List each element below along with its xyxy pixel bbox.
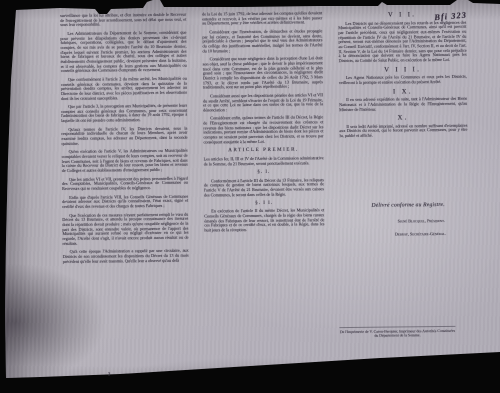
- paragraph: Que par l'article 3, la prorogation aux …: [61, 104, 187, 124]
- section-x-heading: X.: [339, 116, 467, 122]
- paragraph: Il en sera adressé expédition de suite, …: [339, 97, 467, 112]
- section-ix-heading: I X.: [339, 89, 467, 95]
- paragraph: Que conformément à l'article 2 du même a…: [61, 77, 187, 102]
- paragraph: Que l'exécution de ces mesures n'ayant p…: [62, 212, 188, 246]
- section-number: §. I.: [204, 171, 324, 177]
- paragraph: Qu'aux termes de l'article IV, les Distr…: [61, 126, 187, 146]
- paragraph: surveillance que la loi lui attribue, et…: [60, 13, 186, 28]
- printer-imprint: De l'Imprimerie de V. Caron-Berquier, Im…: [339, 326, 455, 339]
- paragraph: En exécution de l'article II du même Déc…: [204, 209, 324, 234]
- paragraph: Il sera ledit Arrêté imprimé, adressé en…: [339, 124, 467, 139]
- secretary-signature: Debray, Secrétaire-Général.: [376, 231, 464, 237]
- section-number: §. I I.: [204, 201, 324, 207]
- column-right: V I I. Les Districts qui ne dénonceraien…: [338, 8, 467, 143]
- president-signature: Signé Blocquel, Président.: [378, 218, 464, 224]
- paragraph: Considérant que toute négligence dans la…: [203, 56, 323, 90]
- paragraph: Les Districts qui ne dénonceraient pas l…: [338, 20, 466, 63]
- paragraph: Les articles Ier, II, III et IV de l'Arr…: [204, 156, 324, 167]
- paragraph: Enfin que d'après l'article VIII, les Co…: [62, 194, 188, 209]
- section-viii-heading: V I I I.: [339, 67, 467, 73]
- page-number: 3: [108, 372, 111, 377]
- column-middle: de la Loi du 15 juin 1792, de leur adres…: [202, 11, 324, 237]
- paragraph: Les Agens Nationaux près les Communes et…: [339, 75, 467, 86]
- certified-conform-line: Délivré conforme au Registre.: [352, 202, 464, 209]
- paragraph: Les Administrateurs du Département de la…: [60, 31, 186, 74]
- page-content: Bfi 323 surveillance que la loi lui attr…: [0, 0, 500, 393]
- article-premier-heading: ARTICLE PREMIER.: [204, 149, 324, 155]
- paragraph: Considérant enfin, qu'aux termes de l'ar…: [203, 116, 323, 145]
- scanned-document: Bfi 323 surveillance que la loi lui attr…: [0, 0, 500, 393]
- paragraph: Qu'en exécution de l'article V, les Admi…: [62, 149, 188, 174]
- paragraph: Que les articles VI et VII, prononcent d…: [62, 176, 188, 191]
- paragraph: Considérant que l'inexécution, de démarc…: [202, 29, 322, 54]
- paragraph: Conformément à l'article III du Décret d…: [204, 178, 324, 198]
- paragraph: Considérant aussi que les dispositions p…: [203, 93, 323, 113]
- column-left: surveillance que la loi lui attribue, et…: [60, 13, 189, 268]
- certification-block: Délivré conforme au Registre. Signé Bloc…: [352, 202, 464, 237]
- paragraph: de la Loi du 15 juin 1792, de leur adres…: [202, 11, 322, 26]
- section-vii-heading: V I I.: [338, 13, 466, 19]
- paragraph: Qu'à cette époque l'Administration a rap…: [63, 249, 189, 264]
